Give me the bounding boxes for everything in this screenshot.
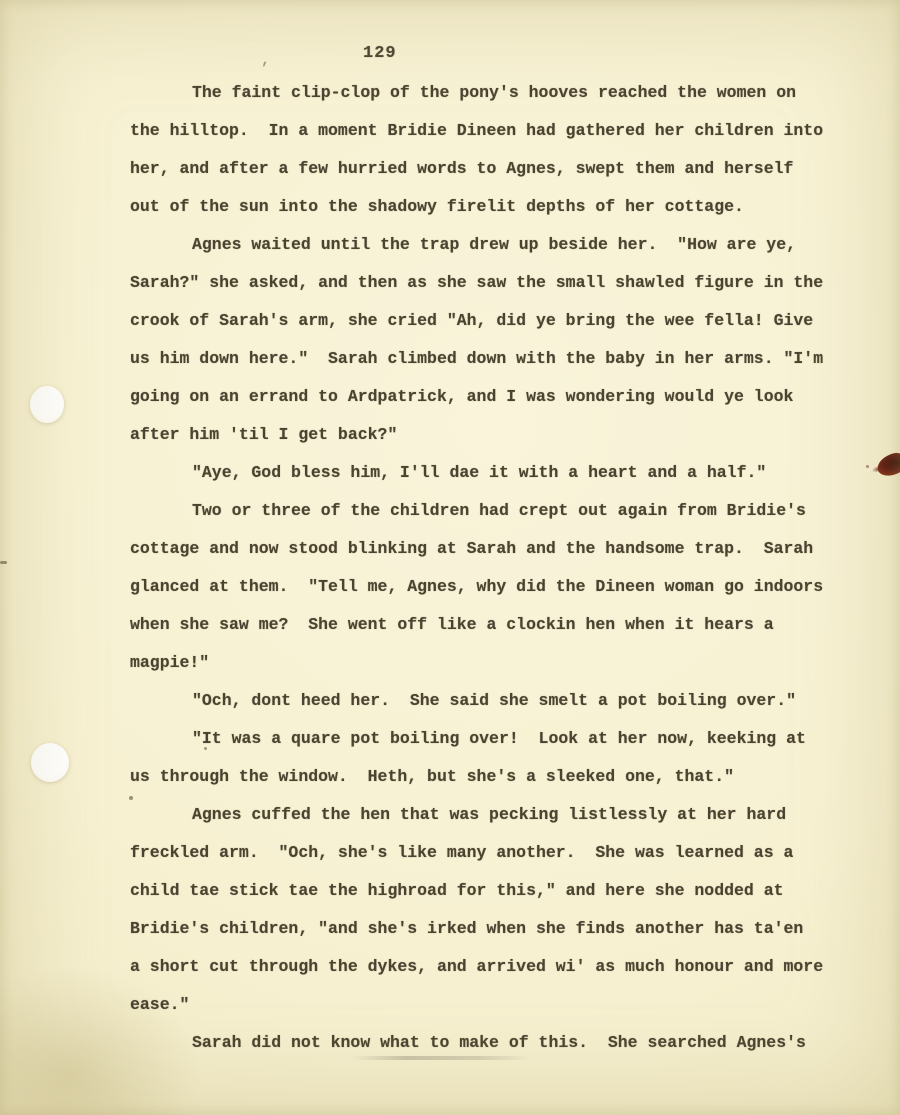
punch-hole-bottom <box>31 743 69 782</box>
text-line: "Och, dont heed her. She said she smelt … <box>130 691 870 729</box>
text-line: the hilltop. In a moment Bridie Dineen h… <box>130 121 870 159</box>
text-line: Sarah?" she asked, and then as she saw t… <box>130 273 870 311</box>
text-line: after him 'til I get back?" <box>130 425 870 463</box>
text-line: Agnes waited until the trap drew up besi… <box>130 235 870 273</box>
text-line: a short cut through the dykes, and arriv… <box>130 957 870 995</box>
text-line: Bridie's children, "and she's irked when… <box>130 919 870 957</box>
text-line: when she saw me? She went off like a clo… <box>130 615 870 653</box>
text-line: "Aye, God bless him, I'll dae it with a … <box>130 463 870 501</box>
punch-hole-top <box>30 386 64 423</box>
text-line: Agnes cuffed the hen that was pecking li… <box>130 805 870 843</box>
text-line: Sarah did not know what to make of this.… <box>130 1033 870 1071</box>
stray-mark: , <box>261 52 270 69</box>
text-line: crook of Sarah's arm, she cried "Ah, did… <box>130 311 870 349</box>
text-line: glanced at them. "Tell me, Agnes, why di… <box>130 577 870 615</box>
red-ink-blot <box>875 451 900 479</box>
typewritten-text: The faint clip-clop of the pony's hooves… <box>130 83 870 1071</box>
text-line: us through the window. Heth, but she's a… <box>130 767 870 805</box>
text-line: Two or three of the children had crept o… <box>130 501 870 539</box>
text-line: "It was a quare pot boiling over! Look a… <box>130 729 870 767</box>
text-line: out of the sun into the shadowy firelit … <box>130 197 870 235</box>
text-line: child tae stick tae the highroad for thi… <box>130 881 870 919</box>
text-line: The faint clip-clop of the pony's hooves… <box>130 83 870 121</box>
text-line: us him down here." Sarah climbed down wi… <box>130 349 870 387</box>
text-line: cottage and now stood blinking at Sarah … <box>130 539 870 577</box>
text-line: her, and after a few hurried words to Ag… <box>130 159 870 197</box>
text-line: magpie!" <box>130 653 870 691</box>
text-line: ease." <box>130 995 870 1033</box>
text-line: freckled arm. "Och, she's like many anot… <box>130 843 870 881</box>
page-number: 129 <box>363 44 397 63</box>
paper-speck <box>0 561 7 564</box>
manuscript-page: 129 , The faint clip-clop of the pony's … <box>0 0 900 1115</box>
text-line: going on an errand to Ardpatrick, and I … <box>130 387 870 425</box>
